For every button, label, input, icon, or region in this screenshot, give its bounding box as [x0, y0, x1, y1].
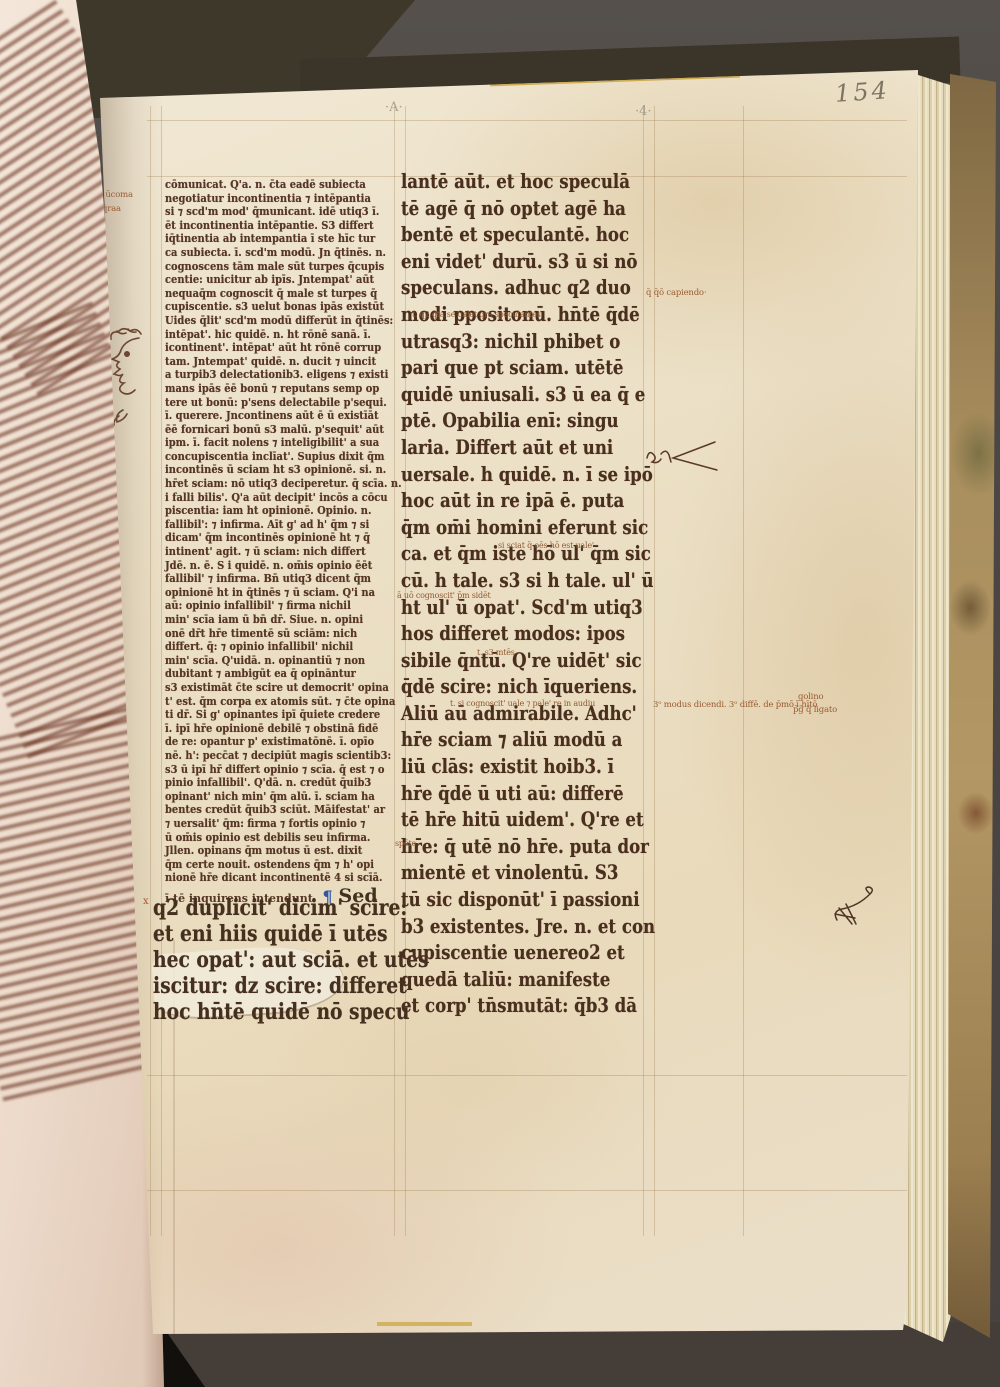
text-line: q̄dē scire: nich īqueriens.: [401, 673, 655, 700]
interlinear-gloss: si sciat q̄ oēs hō est uale': [498, 541, 594, 550]
text-line: cognoscens tām male sūt turpes q̄cupis: [165, 260, 381, 274]
text-line: intēpat'. hic quidē. n. ht rōnē sanā. ī.: [165, 328, 381, 342]
text-line: hoc hn̄tē quidē nō specu: [153, 999, 429, 1025]
text-line: uersale. h quidē. n. ī se ipō: [401, 461, 655, 488]
text-line: hec opat': aut sciā. et utēs: [153, 947, 429, 973]
text-line: ū om̄is opinio est debilis seu infirma.: [165, 831, 381, 845]
text-line: dicam' q̄m incontinēs opinionē ht ⁊ q̄: [165, 531, 381, 545]
text-line: fallibil' ⁊ infirma. Bn̄ utiq3 dicent q̄…: [165, 572, 381, 586]
text-line: q̄m om̄i homini eferunt sic: [401, 514, 655, 541]
text-line: differt. q̄: ⁊ opinio infallibil' nichil: [165, 640, 381, 654]
text-line: utrasq3: nichil phibet o: [401, 328, 655, 355]
text-line: q2 duplicit' dicim' scire:: [153, 895, 429, 921]
ruling-line: [743, 106, 744, 1236]
text-line: q̄m certe nouit. ostendens q̄m ⁊ h' opi: [165, 858, 381, 872]
book-cover-right-edge: [946, 68, 1000, 1353]
text-line: et corp' tn̄smutāt: q̄b3 dā: [401, 992, 655, 1019]
text-line: hoc aūt in re ipā ē. puta: [401, 487, 655, 514]
nota-chevron-mark: [641, 436, 719, 476]
interlinear-gloss: t. s3 mtēs: [477, 648, 515, 657]
text-line: mans ipās ēē bonū ⁊ reputans semp op: [165, 382, 381, 396]
interlinear-gloss: t. si cognoscit' uale ⁊ pale' re in audi…: [450, 699, 595, 708]
margin-tick: x: [143, 896, 149, 907]
text-line: hr̄e sciam ⁊ aliū modū a: [401, 726, 655, 753]
text-line: s3 existimāt c̄te scire ut democrit' opi…: [165, 681, 381, 695]
text-line: bentes credūt q̄uib3 sciūt. Māifestat' a…: [165, 803, 381, 817]
text-line: pari que pt sciam. utētē: [401, 354, 655, 381]
text-line: eni videt' durū. s3 ū si nō: [401, 248, 655, 275]
text-line: de re: opantur p' existimatōnē. ī. opīo: [165, 735, 381, 749]
text-line: Uides q̄lit' scd'm modū differūt in q̄ti…: [165, 314, 381, 328]
text-line: liū clās: existit hoib3. ī: [401, 753, 655, 780]
text-line: aū: opinio infallibil' ⁊ firma nichil: [165, 599, 381, 613]
text-line: concupiscentia inclīat'. Supius dixit q̄…: [165, 450, 381, 464]
text-line: opinionē ht in q̄tinēs ⁊ ū sciam. Q'i na: [165, 586, 381, 600]
interlinear-gloss: ā uō cognoscit' p̄m sidēt: [397, 591, 491, 600]
text-line: centie: unicitur ab ipīs. Jntempat' aūt: [165, 273, 381, 287]
folio-number: 154: [834, 76, 891, 108]
text-line: cupiscentie. s3 uelut bonas ipās existūt: [165, 300, 381, 314]
text-line: ēt incontinentia intēpantie. S3 differt: [165, 219, 381, 233]
text-line: hos differet modos: ipos: [401, 620, 655, 647]
text-line: si ⁊ scd'm mod' q̄municant. idē utiq3 ī.: [165, 205, 381, 219]
text-line: tere ut bonū: p'sens delectabile p'sequi…: [165, 396, 381, 410]
text-line: tū sic disponūt' ī passioni: [401, 886, 655, 913]
text-line: icontinent'. intēpat' aūt ht rōnē corrup: [165, 341, 381, 355]
text-line: Jllen. opinans q̄m motus ū est. dixit: [165, 844, 381, 858]
interlinear-gloss: spōte: [395, 839, 416, 848]
text-line: t' est. q̄m corpa ex atomis sūt. ⁊ c̄te …: [165, 695, 381, 709]
gilt-edge-bottom: [377, 1322, 472, 1326]
text-line: opinant' nich min' q̄m alū. ī. sciam ha: [165, 790, 381, 804]
text-line: lantē aūt. et hoc speculā: [401, 168, 655, 195]
quire-mark-4: ·4·: [635, 104, 652, 119]
text-line: ī. querere. Jncontinens aūt ē ū existīāt: [165, 409, 381, 423]
text-line: ti dr̄. Si g' opinantes ipī q̄uiete cred…: [165, 708, 381, 722]
text-line: mientē et vinolentū. S3: [401, 859, 655, 886]
ruling-line: [147, 1190, 907, 1191]
text-line: min' scīa. Q'uidā. n. opinantiū ⁊ non: [165, 654, 381, 668]
text-line: ēē fornicari bonū s3 malū. p'sequit' aūt: [165, 423, 381, 437]
text-line: cupiscentie uenereo2 et: [401, 939, 655, 966]
text-line: ca subiecta. ī. scd'm modū. Jn q̄tinēs. …: [165, 246, 381, 260]
text-line: hr̄e q̄dē ū uti aū: differē: [401, 780, 655, 807]
text-line: hr̄et sciam: nō utiq3 deciperetur. q̄ sc…: [165, 477, 381, 491]
text-line: ⁊ uersalit' q̄m: firma ⁊ fortis opinio ⁊: [165, 817, 381, 831]
right-page: 154 ·A· ·4· ā ūcoma q̄raa cōmunicat. Q'a…: [95, 60, 920, 1340]
text-line: intinent' agit. ⁊ ū sciam: nich differt: [165, 545, 381, 559]
text-line: et eni hiis quidē ī utēs: [153, 921, 429, 947]
text-line: cōmunicat. Q'a. n. c̄ta eadē subiecta: [165, 178, 381, 192]
text-line: ī. ipī hr̄e opinionē debilē ⁊ obstinā fi…: [165, 722, 381, 736]
text-line: i falli bilis'. Q'a aūt decipit' incōs a…: [165, 491, 381, 505]
text-line: tē agē q̄ nō optet agē ha: [401, 195, 655, 222]
margin-gloss-top-left: q̄raa: [102, 204, 121, 214]
text-line: iq̄tinentia ab intempantia ī ste hīc tur: [165, 232, 381, 246]
text-line: pinio infallibil'. Q'dā. n. credūt q̄uib…: [165, 776, 381, 790]
text-line: iscitur: dz scire: differet: [153, 973, 429, 999]
ruling-line: [147, 1075, 907, 1076]
text-line: tam. Jntempat' quidē. n. ducit ⁊ uincit: [165, 355, 381, 369]
text-line: min' scīa iam ū bn̄ dr̄. Siue. n. opini: [165, 613, 381, 627]
margin-note-right: p̄ḡ q̄ ligato: [793, 705, 837, 715]
text-line: quidē uniusali. s3 ū ea q̄ e: [401, 381, 655, 408]
text-line: nionē hr̄e dicant incontinentē 4 si scīā…: [165, 871, 381, 885]
margin-note-right: golino: [798, 692, 823, 702]
text-line: cū. h tale. s3 si h tale. ul' ū: [401, 567, 655, 594]
commentary-column: cōmunicat. Q'a. n. c̄ta eadē subiectaneg…: [165, 178, 405, 885]
text-line: tē hr̄e hitū uidem'. Q're et: [401, 806, 655, 833]
text-line: nē. h': pecc̄at ⁊ decipiūt magis scienti…: [165, 749, 381, 763]
text-line: b3 existentes. Jre. n. et con: [401, 913, 655, 940]
interlinear-gloss: t. q2 q̄ta se ualet q̄ra speculantes: [412, 310, 541, 319]
text-line: piscentia: iam ht opinionē. Opinio. n.: [165, 504, 381, 518]
text-line: quedā taliū: manifeste: [401, 966, 655, 993]
text-line: Jdē. n. ē. S i quidē. n. om̄is opinio ēē…: [165, 559, 381, 573]
text-line: ptē. Opabilia enī: singu: [401, 407, 655, 434]
text-line: onē dr̄t hr̄e timentē sū sciām: nich: [165, 627, 381, 641]
text-line: s3 ū ipī hr̄ differt opinio ⁊ scīa. q̄ e…: [165, 763, 381, 777]
flourish-mark: [831, 882, 877, 930]
text-line: ipm. ī. facit nolens ⁊ inteligibilit' a …: [165, 436, 381, 450]
ruling-line: [150, 106, 151, 1236]
margin-note-right: q̄ q̄ō capiendo·: [646, 288, 706, 298]
text-line: nequaq̄m cognoscit q̄ male st turpes q̄: [165, 287, 381, 301]
text-line: speculans. adhuc q2 duo: [401, 274, 655, 301]
text-line: dubitant ⁊ ambigūt ea q̄ opināntur: [165, 667, 381, 681]
ruling-line: [161, 106, 162, 1236]
text-line: incontinēs ū sciam ht s3 opinionē. si. n…: [165, 463, 381, 477]
text-line: sibile q̄ntū. Q're uidēt' sic: [401, 647, 655, 674]
text-line: laria. Differt aūt et uni: [401, 434, 655, 461]
quire-mark-a: ·A·: [385, 100, 403, 115]
text-line: hr̄e: q̄ utē nō hr̄e. puta dor: [401, 833, 655, 860]
text-line: a turpib3 delectationib3. eligens ⁊ exis…: [165, 368, 381, 382]
text-line: negotiatur incontinentia ⁊ intēpantia: [165, 192, 381, 206]
ruling-line: [147, 120, 907, 121]
text-line: bentē et speculantē. hoc: [401, 221, 655, 248]
text-line: fallibil': ⁊ infirma. Aīt g' ad h' q̄m ⁊…: [165, 518, 381, 532]
manuscript-photograph: 154 ·A· ·4· ā ūcoma q̄raa cōmunicat. Q'a…: [0, 0, 1000, 1387]
